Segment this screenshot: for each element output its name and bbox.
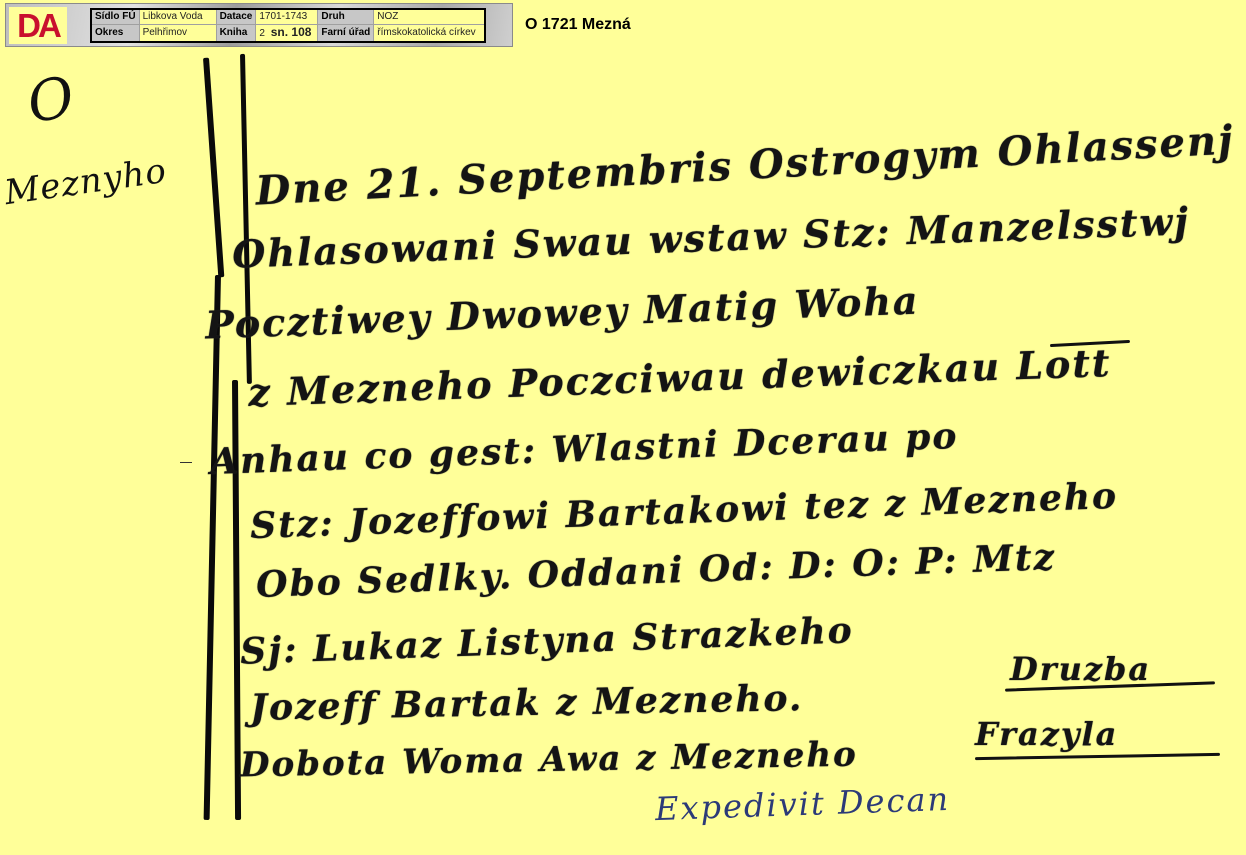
manuscript-line: z Mezneho Poczciwau dewiczkau Lott <box>247 340 1112 415</box>
da-logo[interactable]: DA <box>9 7 67 44</box>
manuscript-line: Sj: Lukaz Listyna Strazkeho <box>239 609 854 672</box>
manuscript-line: Anhau co gest: Wlastni Dcerau po <box>209 415 959 483</box>
manuscript-line: Pocztiwey Dwowey Matig Woha <box>204 278 920 348</box>
value-sidlo-fu: Libkova Voda <box>139 9 216 25</box>
metadata-row-2: Okres Pelhřimov Kniha 2 sn. 108 Farní úř… <box>91 25 485 43</box>
record-header: DA Sídlo FÚ Libkova Voda Datace 1701-174… <box>5 3 513 47</box>
manuscript-line: Ohlasowani Swau wstaw Stz: Manzelsstwj <box>232 198 1191 276</box>
manuscript-role-note: Frazyla <box>975 715 1118 753</box>
manuscript-line: Jozeff Bartak z Mezneho. <box>250 677 804 729</box>
margin-tick-mark <box>180 462 192 463</box>
kniha-number: 2 <box>259 28 265 39</box>
margin-note-place: Meznyho <box>2 151 169 213</box>
value-datace: 1701-1743 <box>256 9 318 25</box>
record-metadata-table: Sídlo FÚ Libkova Voda Datace 1701-1743 D… <box>90 8 486 43</box>
manuscript-role-note: Druzba <box>1010 650 1151 688</box>
manuscript-line: Dne 21. Septembris Ostrogym Ohlassenj <box>254 116 1235 214</box>
value-druh: NOZ <box>374 9 486 25</box>
metadata-row-1: Sídlo FÚ Libkova Voda Datace 1701-1743 D… <box>91 9 485 25</box>
manuscript-line: Obo Sedlky. Oddani Od: D: O: P: Mtz <box>256 536 1057 606</box>
margin-note-letter: O <box>23 65 80 137</box>
kniha-page-number: sn. 108 <box>271 25 312 39</box>
label-druh: Druh <box>318 9 374 25</box>
label-farni-urad: Farní úřad <box>318 25 374 43</box>
value-okres: Pelhřimov <box>139 25 216 43</box>
margin-rule-line <box>203 58 224 278</box>
page-title: O 1721 Mezná <box>525 16 631 34</box>
label-datace: Datace <box>216 9 256 25</box>
manuscript-line: Stz: Jozeffowi Bartakowi tez z Mezneho <box>250 475 1119 547</box>
underline-stroke <box>975 753 1220 760</box>
manuscript-signature: Expedivit Decan <box>654 780 950 828</box>
label-okres: Okres <box>91 25 139 43</box>
label-sidlo-fu: Sídlo FÚ <box>91 9 139 25</box>
value-kniha: 2 sn. 108 <box>256 25 318 43</box>
manuscript-line: Dobota Woma Awa z Mezneho <box>240 735 858 786</box>
margin-rule-line <box>204 275 221 820</box>
label-kniha: Kniha <box>216 25 256 43</box>
manuscript-scan: O Meznyho Dne 21. Septembris Ostrogym Oh… <box>0 50 1246 855</box>
value-farni-urad: římskokatolická církev <box>374 25 486 43</box>
